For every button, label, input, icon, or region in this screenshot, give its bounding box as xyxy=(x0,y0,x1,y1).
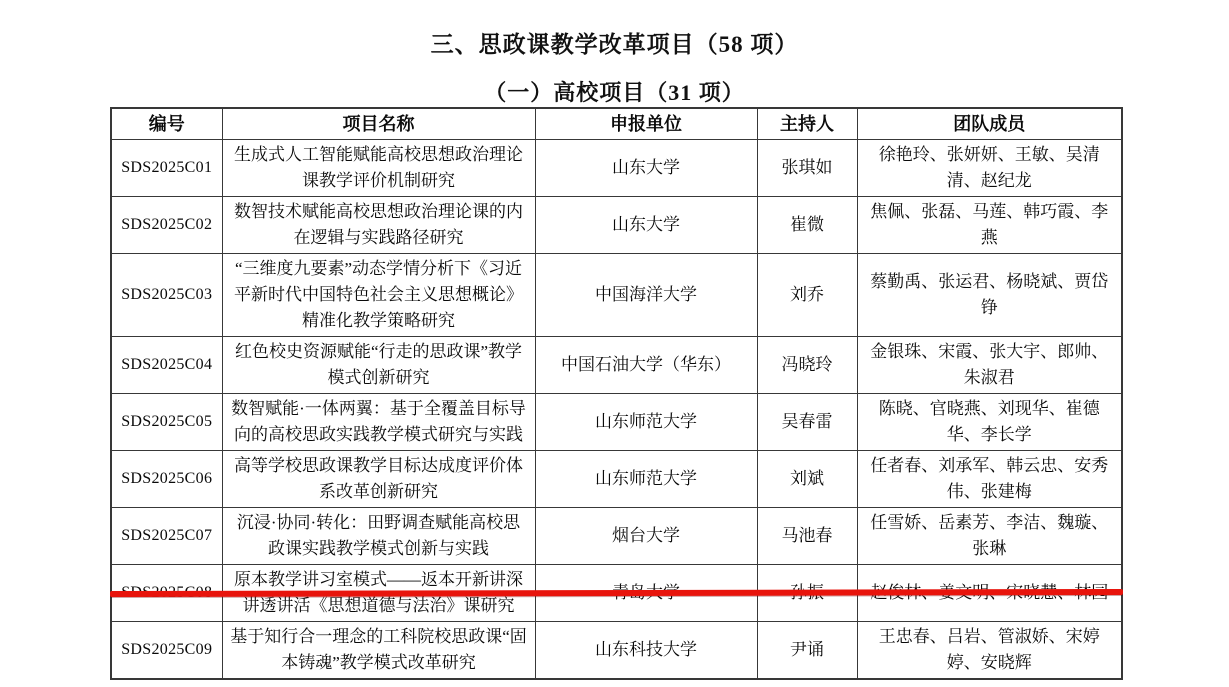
team-members: 焦佩、张磊、马莲、韩巧霞、李燕 xyxy=(857,197,1122,254)
team-members: 任雪娇、岳素芳、李洁、魏璇、张琳 xyxy=(857,508,1122,565)
table-row: SDS2025C05 数智赋能·一体两翼：基于全覆盖目标导向的高校思政实践教学模… xyxy=(111,394,1122,451)
project-leader: 刘乔 xyxy=(757,254,857,337)
table-row: SDS2025C04 红色校史资源赋能“行走的思政课”教学模式创新研究 中国石油… xyxy=(111,337,1122,394)
page-title: 三、思政课教学改革项目（58 项） xyxy=(0,26,1229,59)
applicant-unit: 山东大学 xyxy=(535,197,757,254)
project-title: 数智技术赋能高校思想政治理论课的内在逻辑与实践路径研究 xyxy=(222,197,535,254)
column-header-id: 编号 xyxy=(111,108,222,140)
project-id: SDS2025C06 xyxy=(111,451,222,508)
applicant-unit: 中国海洋大学 xyxy=(535,254,757,337)
project-leader: 张琪如 xyxy=(757,140,857,197)
project-leader: 崔微 xyxy=(757,197,857,254)
project-title: 高等学校思政课教学目标达成度评价体系改革创新研究 xyxy=(222,451,535,508)
project-leader: 吴春雷 xyxy=(757,394,857,451)
applicant-unit: 山东大学 xyxy=(535,140,757,197)
team-members: 蔡勤禹、张运君、杨晓斌、贾岱铮 xyxy=(857,254,1122,337)
project-id: SDS2025C01 xyxy=(111,140,222,197)
project-id: SDS2025C09 xyxy=(111,622,222,680)
column-header-team-members: 团队成员 xyxy=(857,108,1122,140)
project-id: SDS2025C05 xyxy=(111,394,222,451)
project-id: SDS2025C02 xyxy=(111,197,222,254)
table-row: SDS2025C03 “三维度九要素”动态学情分析下《习近平新时代中国特色社会主… xyxy=(111,254,1122,337)
project-title: 沉浸·协同·转化：田野调查赋能高校思政课实践教学模式创新与实践 xyxy=(222,508,535,565)
table-row: SDS2025C02 数智技术赋能高校思想政治理论课的内在逻辑与实践路径研究 山… xyxy=(111,197,1122,254)
applicant-unit: 中国石油大学（华东） xyxy=(535,337,757,394)
column-header-project-name: 项目名称 xyxy=(222,108,535,140)
project-title: 数智赋能·一体两翼：基于全覆盖目标导向的高校思政实践教学模式研究与实践 xyxy=(222,394,535,451)
project-id: SDS2025C03 xyxy=(111,254,222,337)
team-members: 王忠春、吕岩、管淑娇、宋婷婷、安晓辉 xyxy=(857,622,1122,680)
project-leader: 刘斌 xyxy=(757,451,857,508)
team-members: 徐艳玲、张妍妍、王敏、吴清清、赵纪龙 xyxy=(857,140,1122,197)
table-row: SDS2025C06 高等学校思政课教学目标达成度评价体系改革创新研究 山东师范… xyxy=(111,451,1122,508)
applicant-unit: 山东师范大学 xyxy=(535,394,757,451)
column-header-leader: 主持人 xyxy=(757,108,857,140)
table-row: SDS2025C07 沉浸·协同·转化：田野调查赋能高校思政课实践教学模式创新与… xyxy=(111,508,1122,565)
team-members: 金银珠、宋霞、张大宇、郎帅、朱淑君 xyxy=(857,337,1122,394)
table-row: SDS2025C01 生成式人工智能赋能高校思想政治理论课教学评价机制研究 山东… xyxy=(111,140,1122,197)
applicant-unit: 山东师范大学 xyxy=(535,451,757,508)
page-subtitle: （一）高校项目（31 项） xyxy=(0,76,1229,107)
table-header-row: 编号 项目名称 申报单位 主持人 团队成员 xyxy=(111,108,1122,140)
project-title: 红色校史资源赋能“行走的思政课”教学模式创新研究 xyxy=(222,337,535,394)
project-leader: 尹诵 xyxy=(757,622,857,680)
applicant-unit: 山东科技大学 xyxy=(535,622,757,680)
project-title: 生成式人工智能赋能高校思想政治理论课教学评价机制研究 xyxy=(222,140,535,197)
project-id: SDS2025C04 xyxy=(111,337,222,394)
project-leader: 冯晓玲 xyxy=(757,337,857,394)
team-members: 陈晓、官晓燕、刘现华、崔德华、李长学 xyxy=(857,394,1122,451)
table-row: SDS2025C09 基于知行合一理念的工科院校思政课“固本铸魂”教学模式改革研… xyxy=(111,622,1122,680)
column-header-applicant-unit: 申报单位 xyxy=(535,108,757,140)
project-id: SDS2025C07 xyxy=(111,508,222,565)
applicant-unit: 烟台大学 xyxy=(535,508,757,565)
project-title: 基于知行合一理念的工科院校思政课“固本铸魂”教学模式改革研究 xyxy=(222,622,535,680)
team-members: 任者春、刘承军、韩云忠、安秀伟、张建梅 xyxy=(857,451,1122,508)
project-title: “三维度九要素”动态学情分析下《习近平新时代中国特色社会主义思想概论》精准化教学… xyxy=(222,254,535,337)
project-leader: 马池春 xyxy=(757,508,857,565)
